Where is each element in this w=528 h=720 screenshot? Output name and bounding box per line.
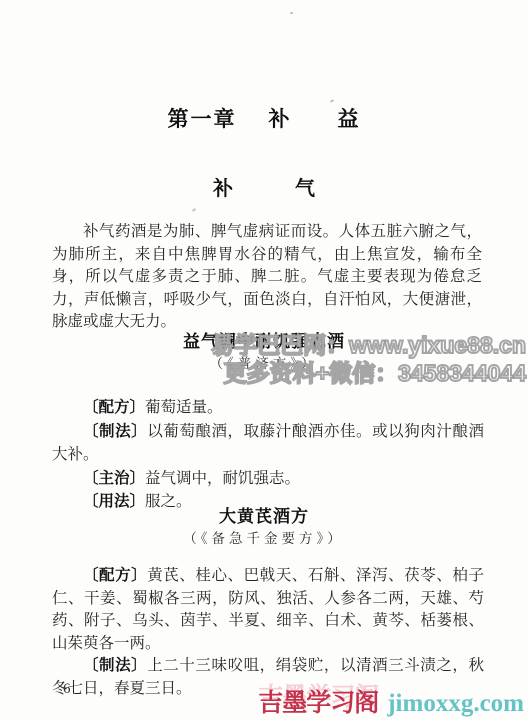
recipe-2-source: （《备急千金要方》） (0, 527, 528, 547)
entry-label: 〔配方〕 (83, 567, 147, 584)
entry-label: 〔配方〕 (83, 399, 145, 416)
chapter-title-word-1: 补 (269, 108, 292, 131)
section-title-word-2: 气 (295, 178, 315, 200)
recipe-2-title: 大黄芪酒方 (0, 502, 528, 527)
scan-speck (290, 12, 293, 14)
entry-label: 〔主治〕 (83, 470, 145, 487)
section-title-word-1: 补 (213, 178, 233, 200)
chapter-title-number: 第一章 (168, 108, 237, 131)
recipe-1-entries: 〔配方〕葡萄适量。 〔制法〕以葡萄酿酒，取藤汁酿酒亦佳。或以狗肉汁酿酒大补。 〔… (52, 396, 484, 514)
recipe-entry: 〔主治〕益气调中，耐饥强志。 (52, 467, 484, 491)
recipe-entry: 〔制法〕以葡萄酿酒，取藤汁酿酒亦佳。或以狗肉汁酿酒大补。 (52, 420, 484, 467)
entry-text: 益气调中，耐饥强志。 (145, 470, 300, 487)
recipe-1-source: （《普济方》） (0, 352, 528, 372)
watermark-brand: 吉墨学习阁 (258, 683, 378, 719)
recipe-entry: 〔配方〕葡萄适量。 (52, 396, 484, 420)
entry-label: 〔制法〕 (83, 657, 147, 674)
entry-text: 葡萄适量。 (145, 399, 223, 416)
recipe-1-title: 益气调中耐饥强志酒 (0, 327, 528, 352)
section-title: 补气 (0, 172, 528, 201)
recipe-2-entries: 〔配方〕黄芪、桂心、巴戟天、石斛、泽泻、茯苓、柏子仁、干姜、蜀椒各三两，防风、独… (52, 565, 484, 700)
book-page: 第一章补益 补气 补气药酒是为肺、脾气虚病证而设。人体五脏六腑之气，为肺所主，来… (0, 0, 528, 720)
intro-paragraph: 补气药酒是为肺、脾气虚病证而设。人体五脏六腑之气，为肺所主，来自中焦脾胃水谷的精… (52, 221, 482, 334)
page-number: 6 (63, 681, 71, 698)
chapter-title-word-2: 益 (338, 108, 361, 131)
watermark-domain: jimoxxg.com (387, 690, 524, 718)
entry-label: 〔制法〕 (83, 423, 147, 440)
chapter-title: 第一章补益 (0, 103, 528, 133)
watermark-bottom: 吉墨学习阁 jimoxxg.com (258, 683, 524, 719)
scan-speck (192, 208, 196, 212)
recipe-entry: 〔配方〕黄芪、桂心、巴戟天、石斛、泽泻、茯苓、柏子仁、干姜、蜀椒各三两，防风、独… (52, 565, 484, 655)
